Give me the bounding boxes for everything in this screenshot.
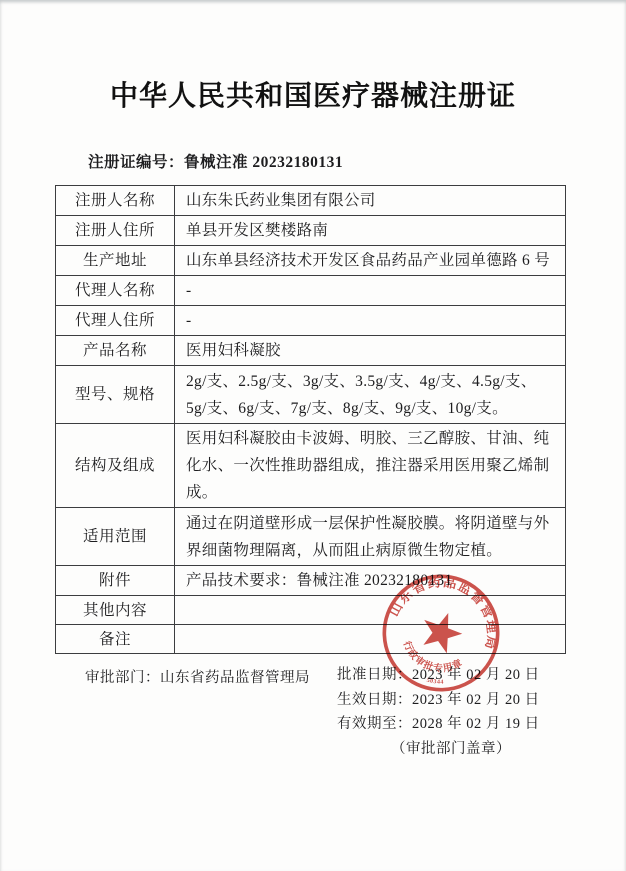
approval-date: 批准日期：2023 年 02 月 20 日 [337, 663, 540, 688]
approval-department: 审批部门：山东省药品监督管理局 [85, 666, 310, 687]
row-label: 代理人名称 [56, 276, 175, 306]
row-label: 注册人名称 [56, 186, 175, 216]
row-label: 其他内容 [56, 596, 175, 625]
row-label: 适用范围 [56, 508, 175, 566]
row-value: 山东朱氏药业集团有限公司 [175, 186, 566, 216]
table-row: 代理人住所 - [56, 306, 566, 336]
seal-note: （审批部门盖章） [337, 737, 540, 762]
row-value: 医用妇科凝胶由卡波姆、明胶、三乙醇胺、甘油、纯化水、一次性推助器组成，推注器采用… [175, 424, 566, 508]
row-label: 代理人住所 [56, 306, 175, 336]
table-row: 代理人名称 - [56, 276, 566, 306]
row-label: 型号、规格 [56, 366, 175, 424]
certificate-table: 注册人名称 山东朱氏药业集团有限公司 注册人住所 单县开发区樊楼路南 生产地址 … [55, 185, 566, 654]
row-value: - [175, 276, 566, 306]
row-value: 产品技术要求：鲁械注准 20232180131 [175, 566, 566, 596]
row-value: 山东单县经济技术开发区食品药品产业园单德路 6 号 [175, 246, 566, 276]
certificate-number-label: 注册证编号： [88, 154, 184, 171]
page-title: 中华人民共和国医疗器械注册证 [0, 0, 626, 114]
row-label: 注册人住所 [56, 216, 175, 246]
row-label: 备注 [56, 625, 175, 654]
certificate-number-line: 注册证编号：鲁械注准 20232180131 [88, 150, 626, 172]
row-label: 结构及组成 [56, 424, 175, 508]
row-label: 产品名称 [56, 336, 175, 366]
row-label: 生产地址 [56, 246, 175, 276]
table-row: 生产地址 山东单县经济技术开发区食品药品产业园单德路 6 号 [56, 246, 566, 276]
table-row: 备注 [56, 625, 566, 654]
row-value: 医用妇科凝胶 [175, 336, 566, 366]
row-value: 单县开发区樊楼路南 [175, 216, 566, 246]
table-row: 注册人名称 山东朱氏药业集团有限公司 [56, 186, 566, 216]
effective-date: 生效日期：2023 年 02 月 20 日 [337, 688, 540, 713]
row-value [175, 596, 566, 625]
table-row: 产品名称 医用妇科凝胶 [56, 336, 566, 366]
row-value: 2g/支、2.5g/支、3g/支、3.5g/支、4g/支、4.5g/支、5g/支… [175, 366, 566, 424]
valid-until-date: 有效期至：2028 年 02 月 19 日 [337, 712, 540, 737]
row-value: 通过在阴道壁形成一层保护性凝胶膜。将阴道壁与外界细菌物理隔离，从而阻止病原微生物… [175, 508, 566, 566]
row-value: - [175, 306, 566, 336]
certificate-page: 中华人民共和国医疗器械注册证 注册证编号：鲁械注准 20232180131 注册… [0, 0, 626, 871]
certificate-number-value: 鲁械注准 20232180131 [184, 154, 343, 171]
date-block: 批准日期：2023 年 02 月 20 日 生效日期：2023 年 02 月 2… [337, 663, 540, 761]
table-row: 附件 产品技术要求：鲁械注准 20232180131 [56, 566, 566, 596]
row-value [175, 625, 566, 654]
table-row: 结构及组成 医用妇科凝胶由卡波姆、明胶、三乙醇胺、甘油、纯化水、一次性推助器组成… [56, 424, 566, 508]
table-row: 注册人住所 单县开发区樊楼路南 [56, 216, 566, 246]
row-label: 附件 [56, 566, 175, 596]
table-row: 适用范围 通过在阴道壁形成一层保护性凝胶膜。将阴道壁与外界细菌物理隔离，从而阻止… [56, 508, 566, 566]
table-row: 型号、规格 2g/支、2.5g/支、3g/支、3.5g/支、4g/支、4.5g/… [56, 366, 566, 424]
table-row: 其他内容 [56, 596, 566, 625]
